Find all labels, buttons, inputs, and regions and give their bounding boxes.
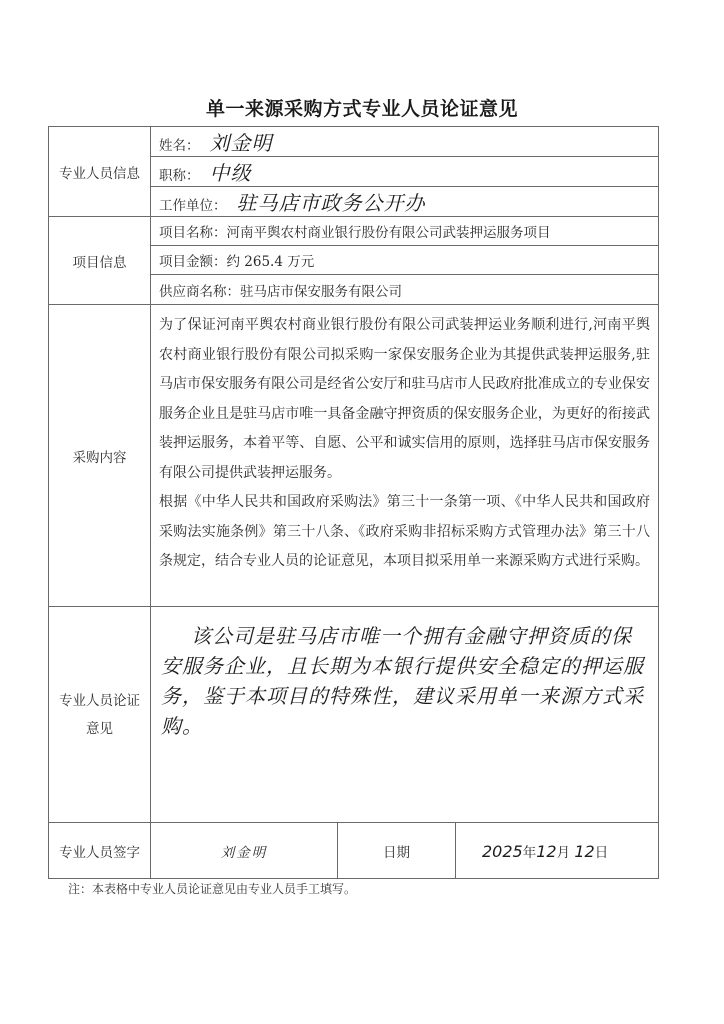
project-name-row: 项目信息 项目名称：河南平舆农村商业银行股份有限公司武装押运服务项目 <box>49 217 659 246</box>
date-year: 2025 <box>482 842 523 861</box>
procurement-paragraph-2: 根据《中华人民共和国政府采购法》第三十一条第一项、《中华人民共和国政府采购法实施… <box>159 488 650 577</box>
date-label: 日期 <box>338 823 456 879</box>
procurement-paragraph-1: 为了保证河南平舆农村商业银行股份有限公司武装押运业务顺利进行,河南平舆农村商业银… <box>159 311 650 488</box>
staff-title-value: 中级 <box>210 161 252 185</box>
staff-name-label: 姓名： <box>159 138 200 154</box>
date-value: 2025年12月 12日 <box>456 823 659 879</box>
document-title: 单一来源采购方式专业人员论证意见 <box>0 94 724 121</box>
staff-name-field: 姓名：刘金明 <box>151 127 659 157</box>
signature-row: 专业人员签字 刘金明 日期 2025年12月 12日 <box>49 823 659 879</box>
supplier-name-field: 供应商名称：驻马店市保安服务有限公司 <box>151 275 659 305</box>
project-name-field: 项目名称：河南平舆农村商业银行股份有限公司武装押运服务项目 <box>151 217 659 246</box>
staff-title-label: 职称： <box>159 168 200 184</box>
staff-employer-value: 驻马店市政务公开办 <box>237 191 426 215</box>
staff-name-row: 专业人员信息 姓名：刘金明 <box>49 127 659 157</box>
opinion-form-table: 专业人员信息 姓名：刘金明 职称：中级 工作单位：驻马店市政务公开办 项目信息 … <box>48 126 659 879</box>
staff-employer-label: 工作单位： <box>159 198 227 214</box>
procurement-content-label: 采购内容 <box>49 305 151 607</box>
date-day-unit: 日 <box>595 845 609 861</box>
expert-opinion-handwritten: 该公司是驻马店市唯一个拥有金融守押资质的保安服务企业，且长期为本银行提供安全稳定… <box>161 621 648 741</box>
expert-opinion-label-line2: 意见 <box>49 715 150 743</box>
project-info-label: 项目信息 <box>49 217 151 305</box>
signature-value: 刘金明 <box>151 823 338 879</box>
staff-title-field: 职称：中级 <box>151 157 659 187</box>
expert-opinion-row: 专业人员论证 意见 该公司是驻马店市唯一个拥有金融守押资质的保安服务企业，且长期… <box>49 607 659 823</box>
staff-info-label: 专业人员信息 <box>49 127 151 217</box>
date-month-unit: 月 <box>557 845 571 861</box>
project-amount-field: 项目金额：约 265.4 万元 <box>151 246 659 275</box>
staff-name-value: 刘金明 <box>210 131 273 155</box>
footnote: 注：本表格中专业人员论证意见由专业人员手工填写。 <box>68 880 356 897</box>
signature-label: 专业人员签字 <box>49 823 151 879</box>
expert-opinion-body: 该公司是驻马店市唯一个拥有金融守押资质的保安服务企业，且长期为本银行提供安全稳定… <box>151 607 659 823</box>
expert-opinion-label-line1: 专业人员论证 <box>49 687 150 715</box>
procurement-content-body: 为了保证河南平舆农村商业银行股份有限公司武装押运业务顺利进行,河南平舆农村商业银… <box>151 305 659 607</box>
date-day: 12 <box>574 842 594 861</box>
staff-employer-field: 工作单位：驻马店市政务公开办 <box>151 187 659 217</box>
expert-opinion-label: 专业人员论证 意见 <box>49 607 151 823</box>
date-month: 12 <box>536 842 556 861</box>
date-year-unit: 年 <box>523 845 537 861</box>
procurement-content-row: 采购内容 为了保证河南平舆农村商业银行股份有限公司武装押运业务顺利进行,河南平舆… <box>49 305 659 607</box>
